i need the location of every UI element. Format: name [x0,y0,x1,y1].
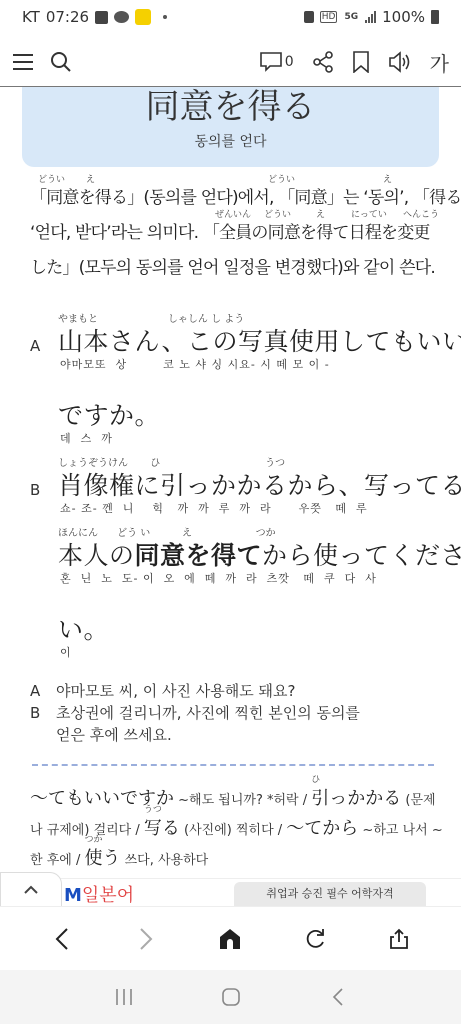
vocab-meaning: ~해도 됩니까? *허락 / [174,793,311,808]
pronunciation: 혼 닌 노 도- 이 오 에 떼 까 라 츠깟 떼 쿠 다 사 [60,570,377,586]
network-type-icon: 5G [343,12,359,22]
explanation-line-3: した」(모두의 동의를 얻어 일정을 변경했다)와 같이 쓴다. [30,248,440,280]
furigana: うつ [144,805,180,815]
japanese-sentence: い。 [58,610,109,646]
vocab-term-text: 写る [144,818,180,839]
back-chevron-icon [332,987,344,1007]
highlighted-expression: 同意を得て [135,541,263,570]
share-button[interactable] [312,51,334,73]
bookmark-button[interactable] [352,51,370,73]
explanation-line-1: どうい え どうい え 「同意を得る」(동의를 얻다)에서, 「同意」는 ‘동의… [30,178,440,210]
chevron-up-icon [23,885,39,895]
dialog-line: A やまもと しゃしん し よう 山本さん、この写真使用してもいい 야마모또 상… [30,310,450,380]
read-aloud-button[interactable] [388,51,412,73]
more-notifications-icon [163,15,167,19]
share-page-button[interactable] [379,919,419,959]
browser-navigation-bar [0,906,461,970]
title-card: 同意を得る 동의를 얻다 [22,87,439,167]
ad-logo[interactable]: M일본어 [64,881,134,907]
logo-m: M [64,885,82,906]
search-icon [50,51,72,73]
hamburger-icon [12,52,34,72]
sentence-part: から使ってくださ [262,541,461,570]
share-icon [312,51,334,73]
example-dialog: A やまもと しゃしん し よう 山本さん、この写真使用してもいい 야마모또 상… [30,310,450,668]
home-button[interactable] [210,919,250,959]
chevron-left-icon [55,927,69,951]
vocab-term: ひ引っかかる [311,788,401,809]
search-button[interactable] [50,51,72,73]
vocabulary-notes: 〜てもいいですか ~해도 됩니까? *허락 / ひ引っかかる (문제 나 규제에… [30,785,445,875]
pronunciation: 이 [60,644,72,660]
expression-translation: 동의를 얻다 [22,131,439,151]
speaker-label: A [30,337,40,355]
logo-text: 일본어 [82,885,134,906]
vocab-term-text: 使う [84,848,120,869]
collapse-banner-button[interactable] [0,872,62,906]
dialog-translation: A 야마모토 씨, 이 사진 사용해도 돼요? B 초상권에 걸리니까, 사진에… [30,680,440,746]
system-back-button[interactable] [318,977,358,1017]
dialog-line: B しょうぞうけん ひ うつ 肖像権に引っかかるから、写ってる 쇼- 조- 껜 … [30,454,450,524]
expression-title: 同意を得る [22,87,439,127]
kakaotalk-notification-icon [114,11,129,23]
explanation-text: した」(모두의 동의를 얻어 일정을 변경했다)와 같이 쓴다. [30,253,435,278]
dialog-line: ほんにん どう い え つか 本人の同意を得てから使ってくださ 혼 닌 노 도-… [30,524,450,594]
battery-icon [431,10,439,24]
forward-button[interactable] [126,919,166,959]
bookmark-icon [352,51,370,73]
reload-icon [304,928,326,950]
font-size-button[interactable]: 가 [430,48,449,77]
comment-icon [260,52,282,72]
vocab-term: 〜てから [286,818,358,839]
share-upload-icon [388,928,410,950]
speaker-label: B [30,481,40,499]
translation-line: 얻은 후에 쓰세요. [30,724,440,746]
battery-percent: 100% [382,8,425,26]
explanation-paragraph: どうい え どうい え 「同意を得る」(동의를 얻다)에서, 「同意」는 ‘동의… [30,178,440,283]
translation-text: 얻은 후에 쓰세요. [56,724,172,746]
recent-apps-button[interactable] [104,977,144,1017]
japanese-sentence: 本人の同意を得てから使ってくださ [58,536,461,572]
vocab-meaning: 쓰다, 사용하다 [120,853,208,868]
gallery-notification-icon [95,11,108,24]
japanese-sentence: ですか。 [58,396,160,432]
vocab-term-text: 引っかかる [311,788,401,809]
sentence-part: 本人の [58,541,135,570]
home-icon [219,928,241,950]
hd-voice-icon: HD [320,11,338,23]
translation-line: B 초상권에 걸리니까, 사진에 찍힌 본인의 동의를 [30,702,440,724]
menu-button[interactable] [12,52,34,72]
signal-icon [365,11,376,23]
translation-text: 야마모토 씨, 이 사진 사용해도 돼요? [56,680,295,702]
device-icon [304,11,314,23]
pronunciation: 데 스 까 [60,430,113,446]
comment-count: 0 [285,54,294,70]
status-bar: KT 07:26 HD 5G 100% [0,0,461,34]
speaker-label: B [30,702,56,724]
vocab-meaning: (사진에) 찍히다 / [180,823,286,838]
explanation-text: ‘얻다, 받다’라는 의미다. 「全員の同意を得て日程を変更 [30,218,430,243]
clock: 07:26 [46,8,89,26]
home-square-icon [221,987,241,1007]
reload-button[interactable] [295,919,335,959]
japanese-sentence: 山本さん、この写真使用してもいい [58,322,461,358]
furigana: つか [84,835,120,845]
back-button[interactable] [42,919,82,959]
pronunciation: 야마모또 상 코 노 샤 싱 시요- 시 떼 모 이 - [60,356,330,372]
speaker-icon [388,51,412,73]
dialog-line: い。 이 [30,598,450,668]
recent-apps-icon [114,988,134,1006]
vocab-term: うつ写る [144,818,180,839]
system-home-button[interactable] [211,977,251,1017]
section-divider [32,764,434,766]
ad-cta-button[interactable]: 취업과 승진 필수 어학자격 [234,882,426,906]
translation-line: A 야마모토 씨, 이 사진 사용해도 돼요? [30,680,440,702]
vocab-term: つか使う [84,848,120,869]
speaker-label: A [30,680,56,702]
speaker-label [30,724,56,746]
explanation-line-2: ぜんいん どうい え にってい へんこう ‘얻다, 받다’라는 의미다. 「全員… [30,213,440,245]
comments-button[interactable]: 0 [260,52,294,72]
translation-text: 초상권에 걸리니까, 사진에 찍힌 본인의 동의를 [56,702,360,724]
chevron-right-icon [139,927,153,951]
system-navigation-bar [0,970,461,1024]
japanese-sentence: 肖像権に引っかかるから、写ってる [58,466,461,502]
explanation-text: 「同意を得る」(동의를 얻다)에서, 「同意」는 ‘동의’, 「得る」는 [30,183,461,208]
article-toolbar: 0 가 [0,40,461,84]
dialog-line: ですか。 데 스 까 [30,384,450,454]
carrier: KT [22,8,40,26]
furigana: ひ [311,775,401,785]
app-notification-icon [135,9,151,25]
pronunciation: 쇼- 조- 껜 니 힉 까 까 루 까 라 우쯧 떼 루 [60,500,368,516]
